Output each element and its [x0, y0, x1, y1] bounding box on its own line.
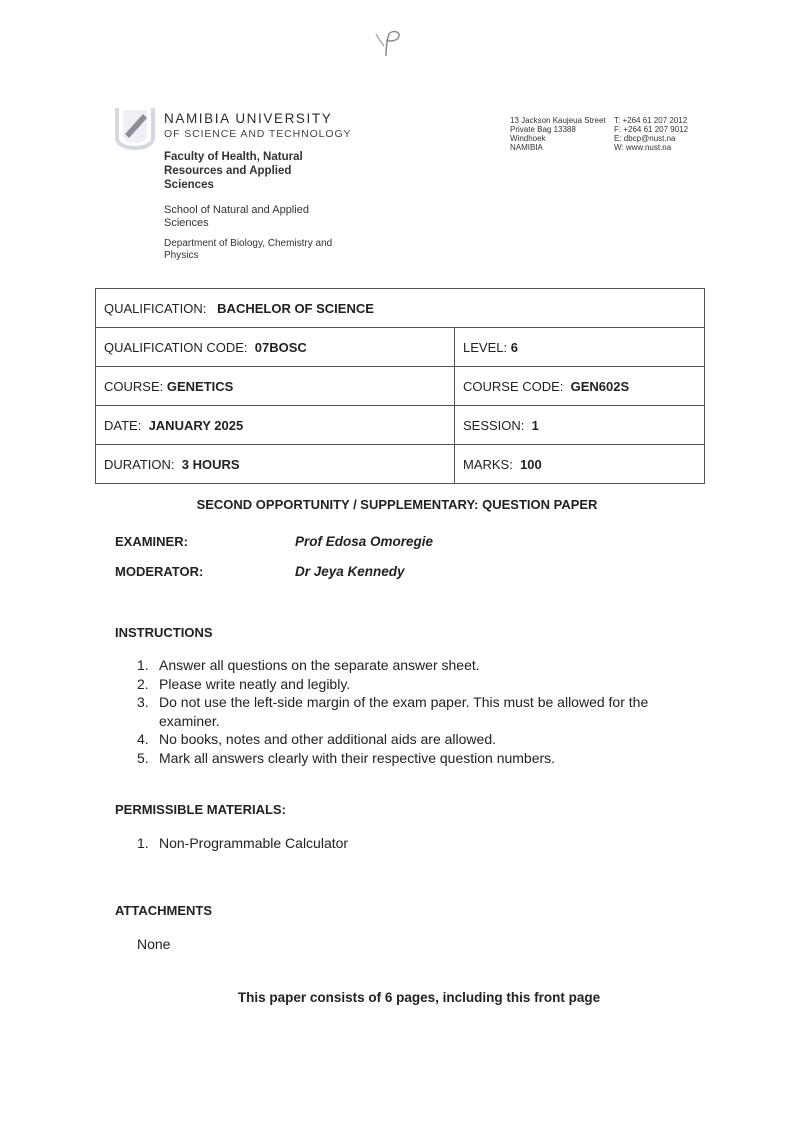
university-name: NAMIBIA UNIVERSITY	[164, 111, 332, 126]
item-number: 4.	[137, 730, 149, 749]
moderator-value: Dr Jeya Kennedy	[295, 564, 405, 579]
level-label: LEVEL:	[463, 340, 507, 355]
item-text: Non-Programmable Calculator	[159, 835, 348, 851]
instructions-list: 1.Answer all questions on the separate a…	[137, 656, 677, 767]
course-value: GENETICS	[167, 379, 233, 394]
table-row: QUALIFICATION CODE: 07BOSC LEVEL: 6	[96, 328, 705, 367]
qualification-code-cell: QUALIFICATION CODE: 07BOSC	[96, 328, 455, 367]
address-line: NAMIBIA	[510, 143, 606, 152]
moderator-label: MODERATOR:	[115, 564, 203, 579]
table-row: DURATION: 3 HOURS MARKS: 100	[96, 445, 705, 484]
list-item: 5.Mark all answers clearly with their re…	[137, 749, 677, 768]
list-item: 1.Answer all questions on the separate a…	[137, 656, 677, 675]
duration-value: 3 HOURS	[182, 457, 240, 472]
list-item: 1.Non-Programmable Calculator	[137, 835, 348, 851]
marks-label: MARKS:	[463, 457, 513, 472]
contacts-block: T: +264 61 207 2012 F: +264 61 207 9012 …	[614, 116, 688, 152]
course-label: COURSE:	[104, 379, 163, 394]
website-line: W: www.nust.na	[614, 143, 688, 152]
permissible-materials-heading: PERMISSIBLE MATERIALS:	[115, 802, 286, 817]
exam-info-table: QUALIFICATION: BACHELOR OF SCIENCE QUALI…	[95, 288, 705, 484]
qualification-code-label: QUALIFICATION CODE:	[104, 340, 248, 355]
university-subtitle: OF SCIENCE AND TECHNOLOGY	[164, 128, 351, 140]
list-item: 2.Please write neatly and legibly.	[137, 675, 677, 694]
attachments-value: None	[137, 936, 170, 952]
faculty-name: Faculty of Health, Natural Resources and…	[164, 150, 324, 192]
phone-line: T: +264 61 207 2012	[614, 116, 688, 125]
email-line: E: dbcp@nust.na	[614, 134, 688, 143]
duration-label: DURATION:	[104, 457, 175, 472]
permissible-materials-list: 1.Non-Programmable Calculator	[137, 835, 348, 851]
item-number: 3.	[137, 693, 149, 712]
fax-line: F: +264 61 207 9012	[614, 125, 688, 134]
item-text: Mark all answers clearly with their resp…	[159, 750, 555, 766]
item-number: 2.	[137, 675, 149, 694]
table-row: DATE: JANUARY 2025 SESSION: 1	[96, 406, 705, 445]
item-number: 1.	[137, 656, 149, 675]
attachments-heading: ATTACHMENTS	[115, 903, 212, 918]
marks-cell: MARKS: 100	[455, 445, 705, 484]
course-code-label: COURSE CODE:	[463, 379, 563, 394]
department-name: Department of Biology, Chemistry and Phy…	[164, 238, 334, 262]
qualification-code-value: 07BOSC	[255, 340, 307, 355]
duration-cell: DURATION: 3 HOURS	[96, 445, 455, 484]
session-value: 1	[532, 418, 539, 433]
page-count-note: This paper consists of 6 pages, includin…	[0, 990, 794, 1005]
course-code-cell: COURSE CODE: GEN602S	[455, 367, 705, 406]
qualification-value: BACHELOR OF SCIENCE	[217, 301, 374, 316]
item-number: 1.	[137, 835, 149, 851]
item-text: Answer all questions on the separate ans…	[159, 657, 480, 673]
list-item: 4.No books, notes and other additional a…	[137, 730, 677, 749]
qualification-cell: QUALIFICATION: BACHELOR OF SCIENCE	[96, 289, 705, 328]
item-text: Please write neatly and legibly.	[159, 676, 350, 692]
session-label: SESSION:	[463, 418, 524, 433]
address-line: Private Bag 13388	[510, 125, 606, 134]
instructions-heading: INSTRUCTIONS	[115, 625, 213, 640]
table-row: COURSE: GENETICS COURSE CODE: GEN602S	[96, 367, 705, 406]
examiner-value: Prof Edosa Omoregie	[295, 534, 433, 549]
marks-value: 100	[520, 457, 542, 472]
handwritten-mark	[372, 28, 406, 58]
date-value: JANUARY 2025	[149, 418, 244, 433]
level-value: 6	[511, 340, 518, 355]
address-line: 13 Jackson Kaujeua Street	[510, 116, 606, 125]
course-cell: COURSE: GENETICS	[96, 367, 455, 406]
qualification-label: QUALIFICATION:	[104, 301, 206, 316]
item-text: Do not use the left-side margin of the e…	[159, 694, 648, 729]
examiner-label: EXAMINER:	[115, 534, 188, 549]
item-text: No books, notes and other additional aid…	[159, 731, 496, 747]
address-block: 13 Jackson Kaujeua Street Private Bag 13…	[510, 116, 606, 152]
paper-type-heading: SECOND OPPORTUNITY / SUPPLEMENTARY: QUES…	[0, 497, 794, 512]
list-item: 3.Do not use the left-side margin of the…	[137, 693, 677, 730]
date-cell: DATE: JANUARY 2025	[96, 406, 455, 445]
date-label: DATE:	[104, 418, 141, 433]
course-code-value: GEN602S	[571, 379, 630, 394]
address-line: Windhoek	[510, 134, 606, 143]
school-name: School of Natural and Applied Sciences	[164, 204, 334, 230]
session-cell: SESSION: 1	[455, 406, 705, 445]
level-cell: LEVEL: 6	[455, 328, 705, 367]
item-number: 5.	[137, 749, 149, 768]
table-row: QUALIFICATION: BACHELOR OF SCIENCE	[96, 289, 705, 328]
university-logo-icon	[113, 104, 157, 150]
